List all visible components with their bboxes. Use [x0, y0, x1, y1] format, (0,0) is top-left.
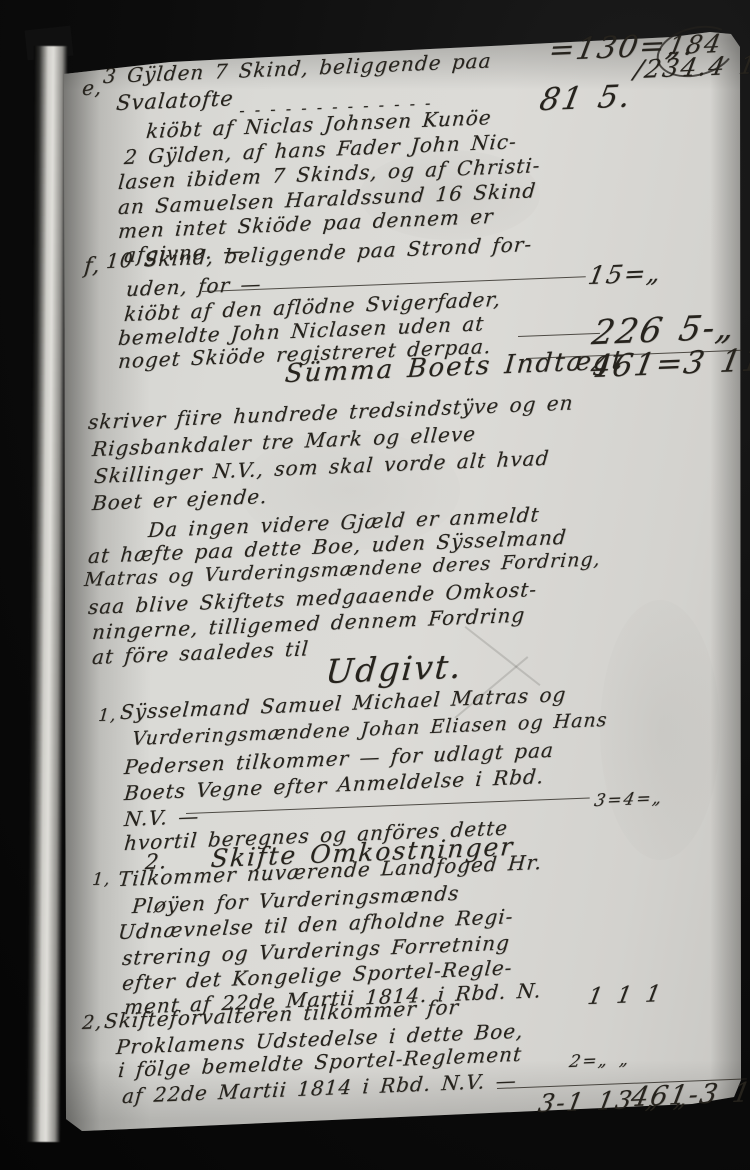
manuscript-line: Boet er ejende. — [91, 486, 268, 513]
amount-udgift-item1: 3=4=„ — [593, 790, 665, 810]
scanned-document-photo: 184 /234.4 11 =130=„. 81 5. 15=„ 226 5-„… — [0, 0, 750, 1170]
manuscript-line: N.V. — — [123, 806, 200, 829]
amount-cost-item1: 1 1 1 — [586, 983, 665, 1009]
margin-mark-e: e, — [81, 77, 103, 98]
amount-item-f: 15=„ — [586, 260, 664, 288]
margin-mark-f: f, — [83, 255, 101, 278]
adjacent-page-edge — [26, 46, 68, 1142]
amount-carried-forward: =130=„. — [546, 30, 698, 66]
manuscript-line: uden, for — — [125, 274, 262, 300]
amount-item-e: 81 5. — [537, 81, 635, 116]
heading-udgift: Udgivt. — [324, 650, 464, 689]
margin-mark-1b: 1, — [92, 871, 112, 889]
amount-cost-item2: 2=„ „ — [568, 1052, 632, 1072]
summa-total-amount: 461=3 11 — [588, 345, 750, 383]
manuscript-line: Svalatofte — [115, 88, 234, 114]
margin-mark-1: 1, — [98, 707, 118, 725]
balance-total-amount: 461-3 11 — [629, 1078, 750, 1111]
margin-mark-2b: 2, — [81, 1013, 103, 1033]
